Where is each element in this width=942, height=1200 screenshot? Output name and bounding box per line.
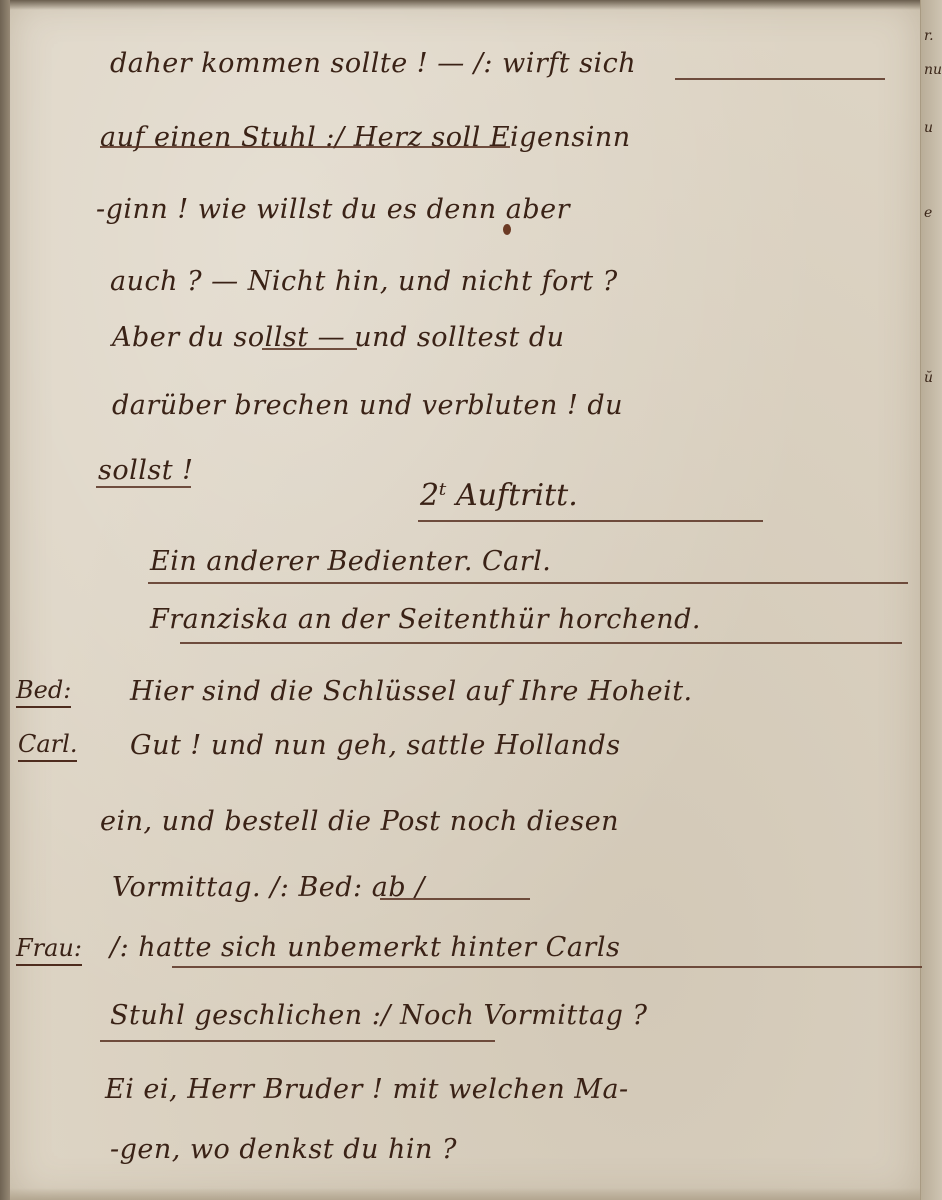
dialogue-line: ein, und bestell die Post noch diesen — [100, 806, 619, 837]
speaker-label-carl: Carl. — [18, 730, 77, 762]
heading-underline — [418, 520, 763, 522]
manuscript-line-3: -ginn ! wie willst du es denn aber — [96, 194, 570, 225]
dialogue-line: /: hatte sich unbemerkt hinter Carls — [110, 932, 620, 963]
underline — [262, 348, 357, 350]
edge-fragment: e — [924, 205, 932, 221]
page-bottom-edge — [10, 1188, 920, 1200]
underline — [100, 146, 510, 148]
manuscript-line-4: auch ? — Nicht hin, und nicht fort ? — [110, 266, 618, 297]
manuscript-line-7: sollst ! — [98, 455, 194, 486]
stage-direction-1: Ein anderer Bedienter. Carl. — [150, 546, 551, 577]
manuscript-line-2: auf einen Stuhl :/ Herz soll Eigensinn — [100, 122, 631, 153]
underline — [380, 898, 530, 900]
underline — [96, 486, 191, 488]
edge-fragment: nu — [924, 62, 942, 78]
scene-heading: 2ᵗ Auftritt. — [420, 478, 578, 513]
speaker-label-bedienter: Bed: — [16, 676, 71, 708]
dialogue-line: -gen, wo denkst du hin ? — [110, 1134, 457, 1165]
edge-fragment: r. — [924, 28, 934, 44]
underline — [148, 582, 908, 584]
underline — [100, 1040, 495, 1042]
edge-fragment: u — [924, 120, 933, 136]
dialogue-line: Stuhl geschlichen :/ Noch Vormittag ? — [110, 1000, 648, 1031]
stage-direction-2: Franziska an der Seitenthür horchend. — [150, 604, 701, 635]
dialogue-line: Gut ! und nun geh, sattle Hollands — [130, 730, 621, 761]
page-top-edge — [10, 0, 920, 10]
manuscript-line-1: daher kommen sollte ! — /: wirft sich — [110, 48, 636, 79]
dialogue-line: Ei ei, Herr Bruder ! mit welchen Ma- — [105, 1074, 629, 1105]
speaker-label-frau: Frau: — [16, 934, 82, 966]
dialogue-line: Hier sind die Schlüssel auf Ihre Hoheit. — [130, 676, 693, 707]
facing-page-edge: r. nu u e ŭ — [920, 0, 942, 1200]
edge-fragment: ŭ — [924, 370, 933, 386]
underline — [172, 966, 922, 968]
underline — [675, 78, 885, 80]
manuscript-line-6: darüber brechen und verbluten ! du — [112, 390, 623, 421]
ink-blot — [503, 224, 511, 235]
dialogue-line: Vormittag. /: Bed: ab / — [112, 872, 425, 903]
underline — [180, 642, 902, 644]
